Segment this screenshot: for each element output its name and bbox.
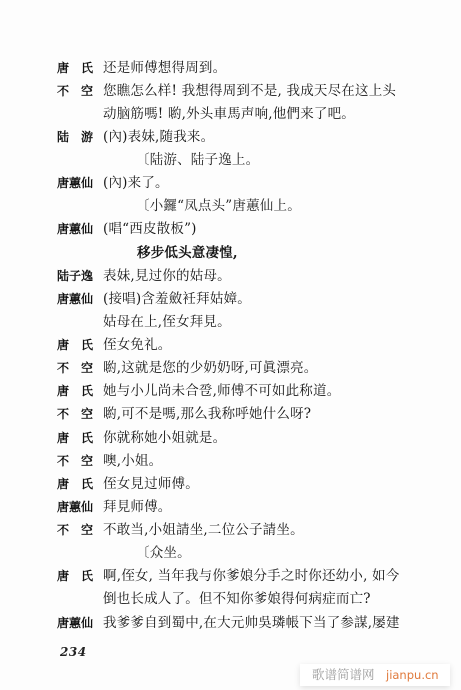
dialogue-text: 啊,侄女, 当年我与你爹娘分手之时你还幼小, 如今	[103, 565, 399, 588]
dialogue-text: 我爹爹自到蜀中,在大元帅吳璘帳下当了参謀,屡建	[103, 612, 400, 635]
dialogue-line: 不 空 噢,小姐。	[0, 450, 461, 473]
speaker-name: 唐蕙仙	[57, 288, 93, 311]
watermark-domain: jianpu.cn	[386, 664, 439, 686]
dialogue-line: 不 空 喲,这就是您的少奶奶呀,可眞漂亮。	[0, 357, 461, 380]
verse-line: 移步低头意凄惶,	[0, 242, 461, 265]
dialogue-text: 表妹,見过你的姑母。	[103, 265, 231, 288]
speaker-name: 唐蕙仙	[57, 172, 93, 195]
dialogue-line: 不 空 您瞧怎么样! 我想得周到不是, 我成天尽在这上头	[0, 80, 461, 103]
continuation-line: 姑母在上,侄女拜見。	[0, 311, 461, 334]
dialogue-text: 喲,可不是嗎,那么我称呼她什么呀?	[103, 403, 311, 426]
continuation-line: 倒也长成人了。但不知你爹娘得何病症而亡?	[0, 588, 461, 611]
dialogue-line: 不 空 喲,可不是嗎,那么我称呼她什么呀?	[0, 403, 461, 426]
speaker-name: 唐 氏	[57, 334, 93, 357]
dialogue-text: 侄女見过师傅。	[103, 473, 199, 496]
speaker-name: 不 空	[57, 450, 93, 473]
speaker-name: 唐 氏	[57, 380, 93, 403]
dialogue-line: 陆 游 (內)表妹,随我来。	[0, 126, 461, 149]
dialogue-text: 倒也长成人了。但不知你爹娘得何病症而亡?	[103, 588, 371, 611]
dialogue-line: 唐 氏 侄女免礼。	[0, 334, 461, 357]
dialogue-text: (內)表妹,随我来。	[103, 126, 214, 149]
script-body: 唐 氏 还是师傅想得周到。 不 空 您瞧怎么样! 我想得周到不是, 我成天尽在这…	[0, 57, 461, 635]
page-number: 234	[60, 645, 87, 659]
dialogue-text: 侄女免礼。	[103, 334, 172, 357]
dialogue-line: 唐 氏 她与小儿尚未合卺,师傅不可如此称道。	[0, 380, 461, 403]
speaker-name: 唐蕙仙	[57, 496, 93, 519]
stage-direction-line: 〔陆游、陆子逸上。	[0, 149, 461, 172]
dialogue-text: 还是师傅想得周到。	[103, 57, 226, 80]
dialogue-text: 动脑筋嗎! 喲,外头車馬声响,他們来了吧。	[103, 103, 355, 126]
dialogue-line: 唐 氏 侄女見过师傅。	[0, 473, 461, 496]
dialogue-text: 你就称她小姐就是。	[103, 427, 226, 450]
dialogue-line: 陆子逸 表妹,見过你的姑母。	[0, 265, 461, 288]
dialogue-text: (內)来了。	[103, 172, 169, 195]
verse-text: 移步低头意凄惶,	[137, 242, 238, 265]
dialogue-line: 唐蕙仙 拜見师傅。	[0, 496, 461, 519]
dialogue-line: 唐蕙仙 (接唱)含羞斂衽拜姑嫜。	[0, 288, 461, 311]
dialogue-text: 拜見师傅。	[103, 496, 172, 519]
dialogue-text: 您瞧怎么样! 我想得周到不是, 我成天尽在这上头	[103, 80, 396, 103]
speaker-name: 唐蕙仙	[57, 612, 93, 635]
speaker-name: 不 空	[57, 519, 93, 542]
dialogue-text: 她与小儿尚未合卺,师傅不可如此称道。	[103, 380, 340, 403]
dialogue-line: 唐 氏 还是师傅想得周到。	[0, 57, 461, 80]
speaker-name: 唐 氏	[57, 565, 93, 588]
stage-direction-line: 〔众坐。	[0, 542, 461, 565]
dialogue-line: 唐 氏 啊,侄女, 当年我与你爹娘分手之时你还幼小, 如今	[0, 565, 461, 588]
speaker-name: 唐 氏	[57, 57, 93, 80]
speaker-name: 不 空	[57, 80, 93, 103]
speaker-name: 不 空	[57, 403, 93, 426]
watermark-site-name: 歌谱简谱网	[312, 664, 375, 686]
dialogue-text: 噢,小姐。	[103, 450, 162, 473]
speaker-name: 陆 游	[57, 126, 93, 149]
book-page: 唐 氏 还是师傅想得周到。 不 空 您瞧怎么样! 我想得周到不是, 我成天尽在这…	[0, 0, 461, 690]
dialogue-text: (接唱)含羞斂衽拜姑嫜。	[103, 288, 251, 311]
dialogue-line: 唐蕙仙 (內)来了。	[0, 172, 461, 195]
dialogue-text: 不敢当,小姐請坐,二位公子請坐。	[103, 519, 304, 542]
speaker-name: 唐 氏	[57, 427, 93, 450]
dialogue-line: 不 空 不敢当,小姐請坐,二位公子請坐。	[0, 519, 461, 542]
stage-direction-text: 〔陆游、陆子逸上。	[136, 149, 259, 172]
speaker-name: 不 空	[57, 357, 93, 380]
speaker-name: 唐蕙仙	[57, 218, 93, 241]
stage-direction-text: 〔小鑼“凤点头”唐蕙仙上。	[136, 195, 301, 218]
site-watermark: 歌谱简谱网 jianpu.cn	[300, 664, 450, 686]
dialogue-text: (唱“西皮散板”)	[103, 218, 197, 241]
speaker-name: 唐 氏	[57, 473, 93, 496]
continuation-line: 动脑筋嗎! 喲,外头車馬声响,他們来了吧。	[0, 103, 461, 126]
speaker-name: 陆子逸	[57, 265, 93, 288]
dialogue-text: 姑母在上,侄女拜見。	[103, 311, 231, 334]
dialogue-line: 唐 氏 你就称她小姐就是。	[0, 427, 461, 450]
dialogue-line: 唐蕙仙 我爹爹自到蜀中,在大元帅吳璘帳下当了参謀,屡建	[0, 612, 461, 635]
dialogue-text: 喲,这就是您的少奶奶呀,可眞漂亮。	[103, 357, 317, 380]
stage-direction-text: 〔众坐。	[136, 542, 191, 565]
stage-direction-line: 〔小鑼“凤点头”唐蕙仙上。	[0, 195, 461, 218]
dialogue-line: 唐蕙仙 (唱“西皮散板”)	[0, 218, 461, 241]
